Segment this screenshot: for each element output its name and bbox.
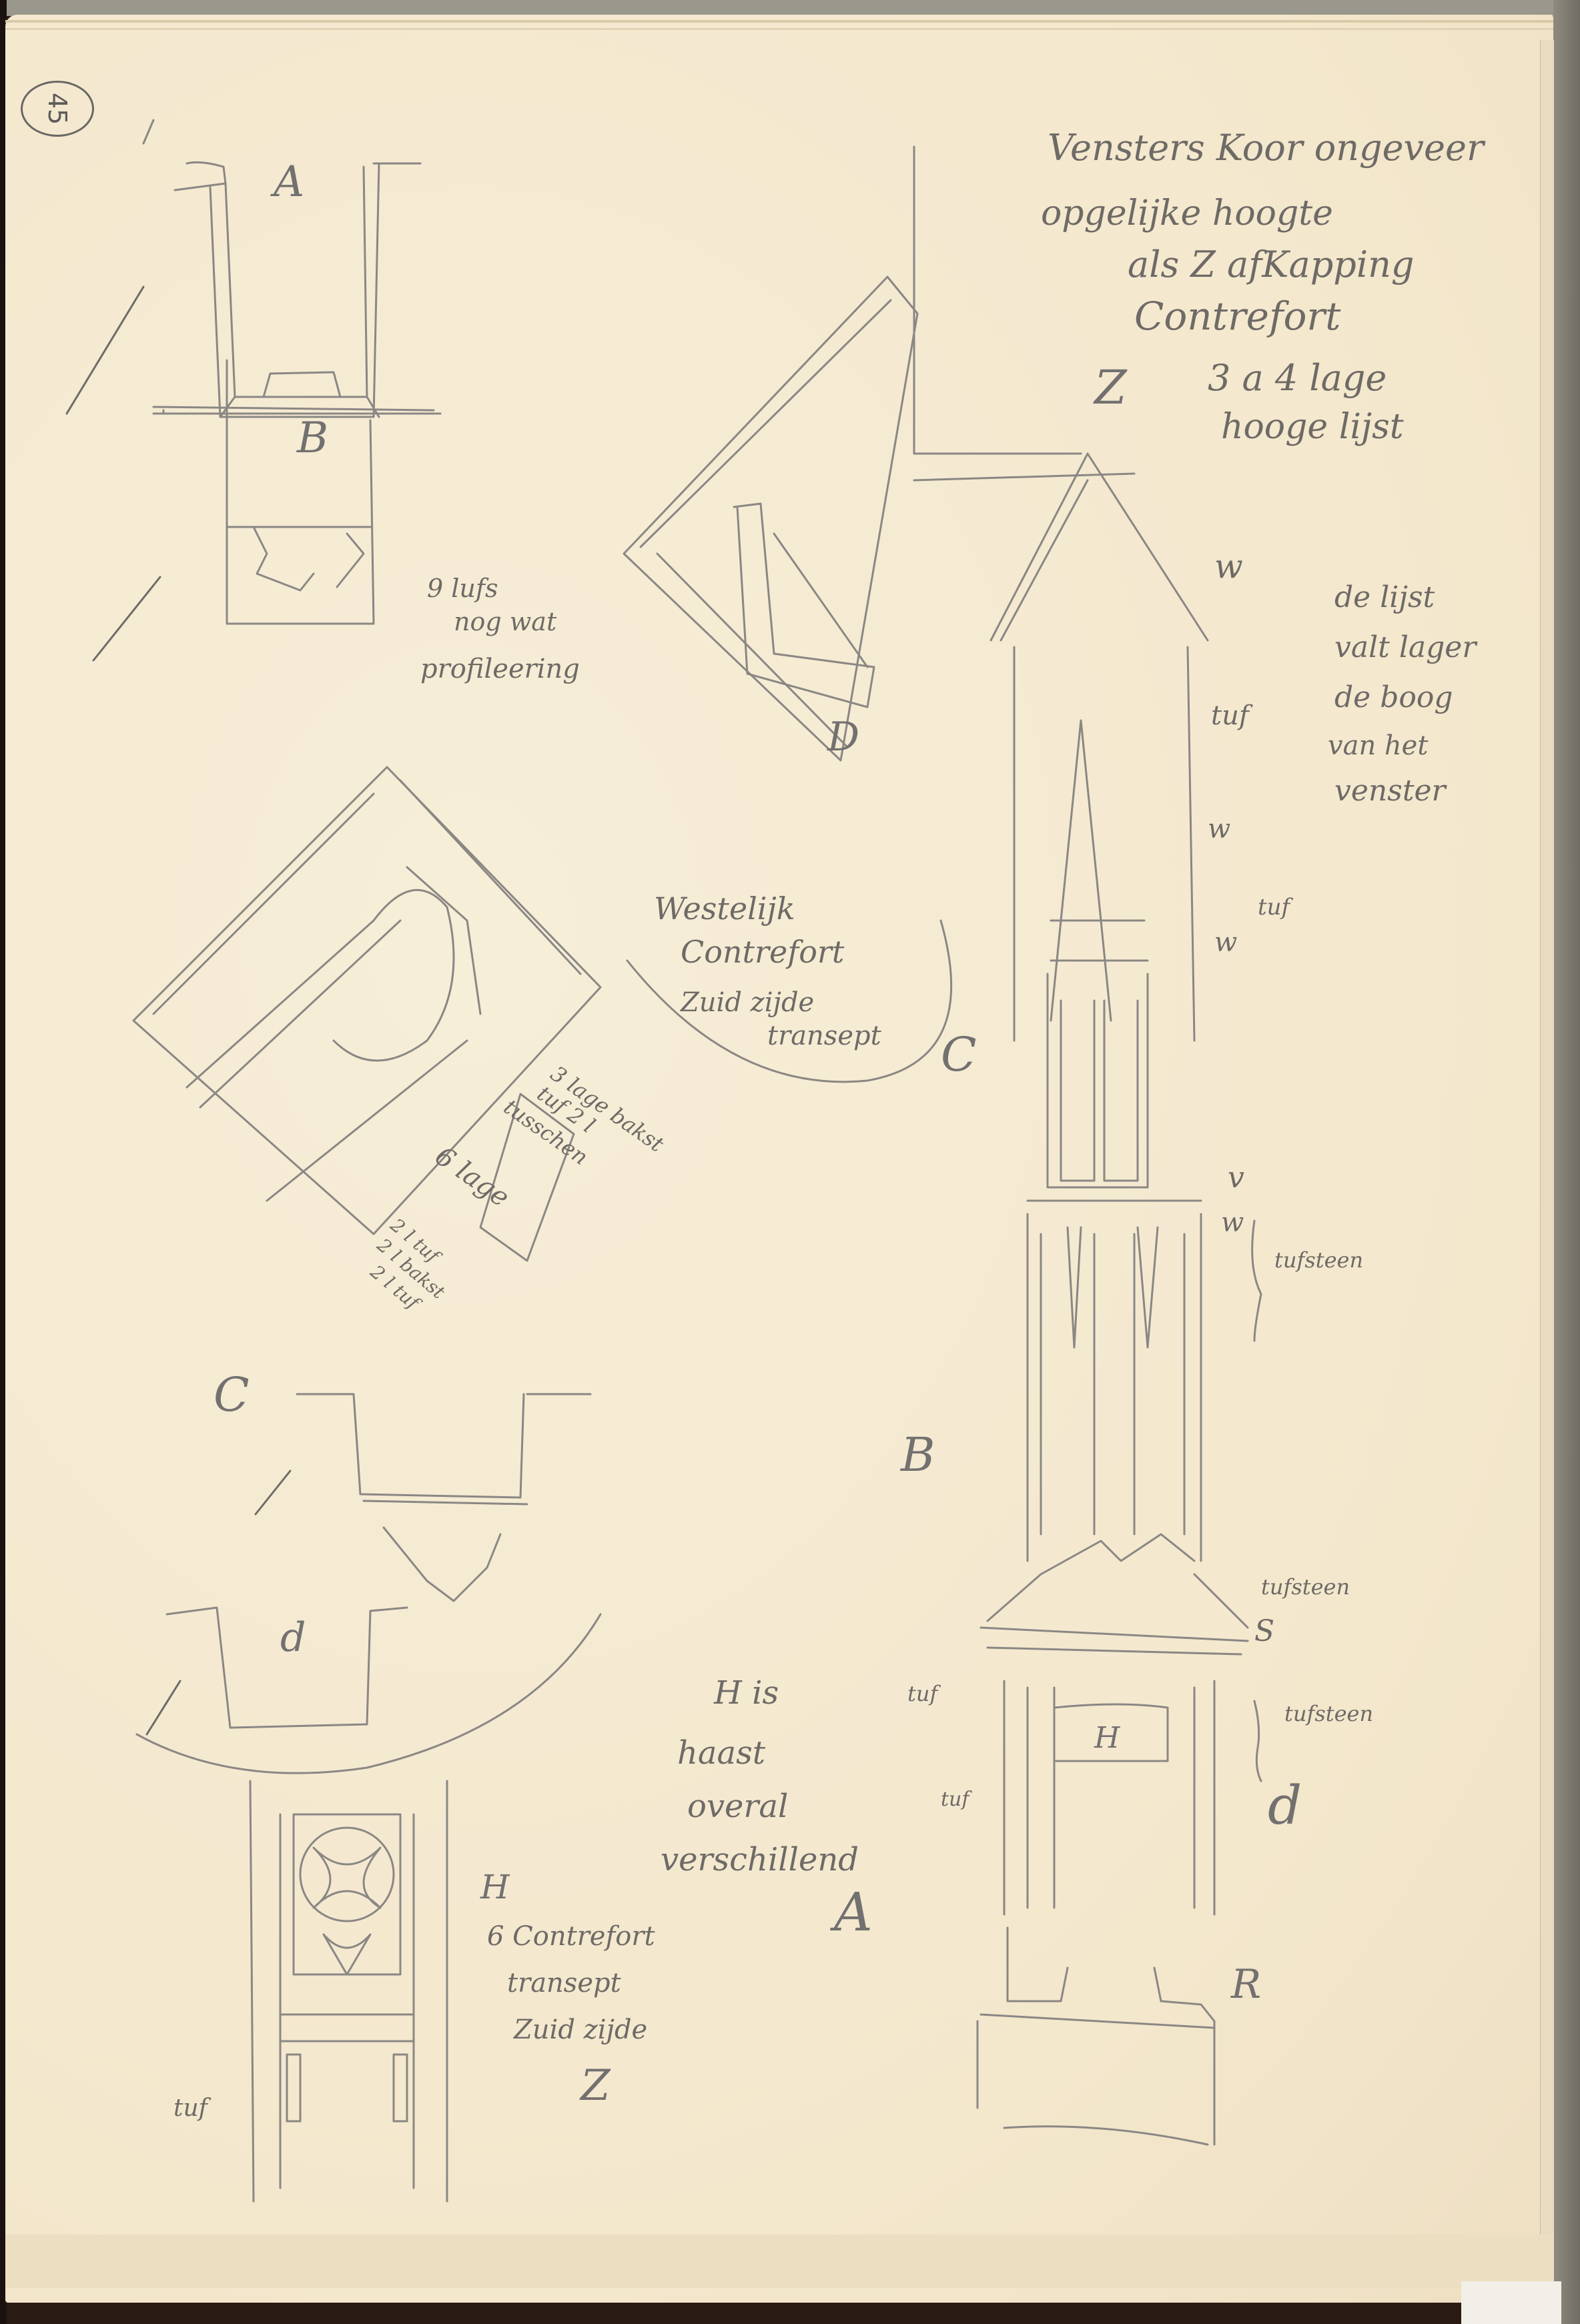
plan-b-drawing: [93, 360, 440, 660]
note-label-a: A: [834, 1881, 873, 1943]
tower-label-c: C: [941, 1027, 977, 1082]
bracket-curve: [1252, 1221, 1261, 1341]
plan-a-drawing: [67, 120, 420, 417]
plan-c-drawing: [256, 1394, 590, 1601]
diagonal-plan-drawing: [624, 147, 1134, 760]
plan-label-d-small: d: [280, 1614, 306, 1661]
bracket-curve: [1254, 1701, 1261, 1781]
plan-label-a: A: [274, 157, 304, 207]
plan-label-b: B: [297, 414, 328, 463]
tower-label-z: Z: [1094, 360, 1127, 415]
note-label-h: H: [480, 1868, 510, 1906]
tower-elevation-drawing: [977, 454, 1248, 2145]
diamond-plan-drawing: [133, 767, 601, 1261]
plan-label-d: D: [827, 714, 859, 760]
tower-label-d: d: [1268, 1774, 1302, 1836]
rose-window-drawing: [250, 1781, 447, 2201]
tower-label-b: B: [901, 1427, 935, 1482]
plan-label-c: C: [214, 1367, 250, 1422]
pencil-sketches: [0, 0, 1580, 2324]
plan-d-drawing: [137, 1608, 601, 1773]
note-label-z: Z: [580, 2061, 610, 2111]
tower-label-r: R: [1231, 1961, 1261, 2008]
tower-label-h: H: [1094, 1721, 1120, 1755]
